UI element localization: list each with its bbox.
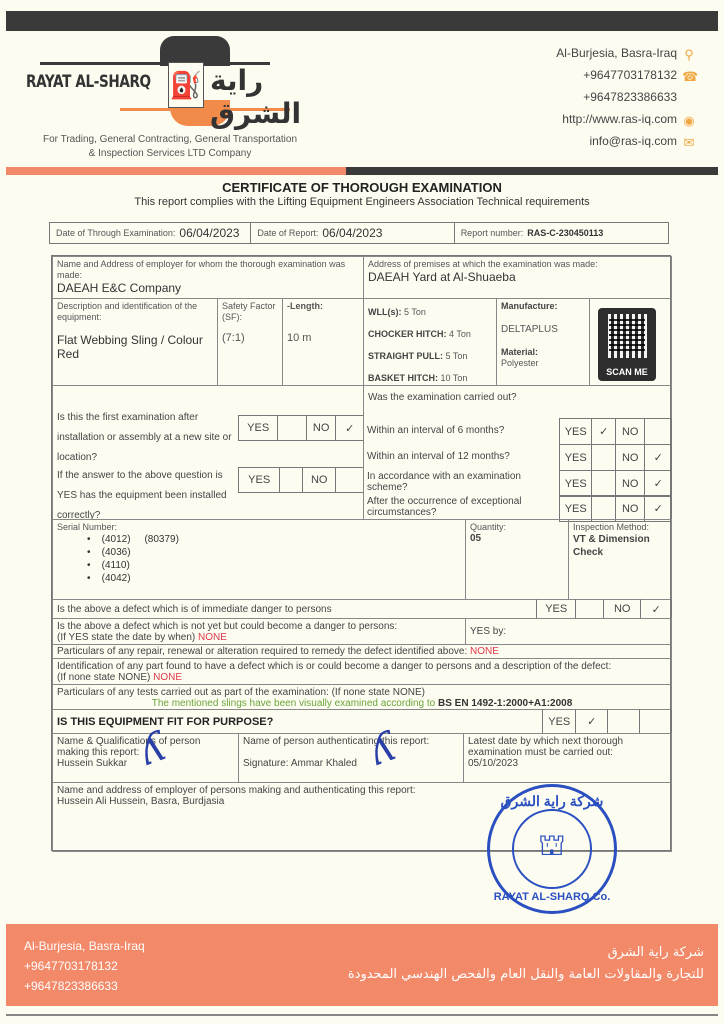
contact-phone-1: +9647703178132☎: [556, 64, 696, 86]
serial-number: (4110): [102, 560, 130, 571]
employer-cell: Name and Address of employer for whom th…: [52, 256, 364, 299]
installed-question: If the answer to the above question is Y…: [57, 466, 232, 526]
yes-checkbox[interactable]: ✓: [576, 709, 608, 734]
installed-yes-no: YES NO: [238, 467, 364, 493]
serial-item: • (4042): [87, 572, 461, 585]
equipment-description: Flat Webbing Sling / Colour Red: [57, 333, 213, 361]
label: -Length:: [287, 301, 359, 312]
contact-phone-2: +9647823386633.: [556, 86, 696, 108]
label: BASKET HITCH:: [368, 373, 438, 383]
yes-checkbox[interactable]: [592, 496, 616, 521]
yes-label: YES: [560, 496, 592, 521]
tests-value: The mentioned slings have been visually …: [152, 698, 436, 709]
yes-checkbox[interactable]: [576, 599, 604, 619]
tagline-line: For Trading, General Contracting, Genera…: [20, 133, 320, 147]
label: Safety Factor (SF):: [222, 301, 278, 323]
immediate-danger-yes-no: YES NO ✓: [536, 599, 672, 619]
interval-yes-no: YESNO✓: [559, 470, 672, 497]
label: Date of Report:: [257, 228, 318, 238]
report-date-cell: Date of Report:06/04/2023: [251, 223, 454, 243]
identification-cell: Identification of any part found to have…: [52, 658, 672, 685]
label: Name and Address of employer for whom th…: [57, 259, 359, 281]
no-label: NO: [604, 599, 641, 619]
logo-text-en: RAYAT AL-SHARQ: [26, 72, 151, 92]
stamp-text-ar: شركة راية الشرق: [490, 793, 614, 810]
safety-factor: (7:1): [222, 333, 278, 344]
safety-factor-cell: Safety Factor (SF): (7:1): [217, 298, 283, 386]
length-cell: -Length: 10 m: [282, 298, 364, 386]
fit-yes-no: YES ✓: [542, 709, 672, 734]
stamp-text-en: RAYAT AL-SHARQ Co.: [490, 891, 614, 903]
inspection-method: VT & Dimension Check: [573, 533, 667, 559]
report-number-cell: Report number:RAS-C-230450113: [455, 223, 668, 243]
manufacture-cell: Manufacture: DELTAPLUS Material: Polyest…: [496, 298, 590, 386]
label: Date of Through Examination:: [56, 228, 175, 238]
wll-value: 5 Ton: [404, 307, 426, 317]
yes-label: YES: [560, 471, 592, 496]
label: Address of premises at which the examina…: [368, 259, 667, 270]
footer-arabic-subtitle: للتجارة والمقاولات العامة والنقل العام و…: [348, 964, 704, 986]
website-link[interactable]: http://www.ras-iq.com: [562, 112, 677, 126]
no-checkbox[interactable]: ✓: [336, 416, 363, 440]
wll-cell: WLL(s): 5 Ton CHOCKER HITCH: 4 Ton STRAI…: [363, 298, 497, 386]
serial-number: (4036): [102, 547, 131, 558]
next-exam-cell: Latest date by which next thorough exami…: [463, 733, 672, 783]
company-stamp: شركة راية الشرق ⛫ RAYAT AL-SHARQ Co.: [487, 784, 617, 914]
choker-row: CHOCKER HITCH: 4 Ton: [368, 323, 492, 345]
yes-by-cell: YES by:: [465, 618, 672, 645]
no-label: NO: [616, 445, 645, 470]
repair-question: Particulars of any repair, renewal or al…: [57, 646, 467, 657]
future-danger-value: NONE: [198, 632, 227, 643]
label: WLL(s):: [368, 307, 402, 317]
serial-item: • (4036): [87, 546, 461, 559]
tests-standard: BS EN 1492-1:2000+A1:2008: [438, 698, 572, 709]
footer-band: Al-Burjesia, Basra-Iraq +9647703178132 +…: [6, 924, 718, 1006]
yes-label: YES: [560, 445, 592, 470]
repair-value: NONE: [470, 646, 499, 657]
interval-question: Within an interval of 6 months?: [363, 418, 563, 444]
email-link[interactable]: info@ras-iq.com: [589, 134, 677, 148]
company-tagline: For Trading, General Contracting, Genera…: [20, 133, 320, 161]
dates-row: Date of Through Examination:06/04/2023 D…: [49, 222, 669, 244]
no-checkbox[interactable]: ✓: [645, 445, 671, 470]
phone-icon: ☎: [682, 70, 696, 84]
stamp-oil-rig-icon: ⛫: [538, 829, 566, 867]
location-pin-icon: ⚲: [682, 48, 696, 62]
yes-checkbox[interactable]: [280, 468, 303, 492]
future-danger-cell: Is the above a defect which is not yet b…: [52, 618, 466, 645]
bottom-line: [6, 1014, 718, 1016]
identification-question: Identification of any part found to have…: [57, 661, 667, 672]
label: Latest date by which next thorough exami…: [468, 736, 667, 758]
label: CHOCKER HITCH:: [368, 329, 447, 339]
yes-label: YES: [239, 468, 280, 492]
contact-block: Al-Burjesia, Basra-Iraq⚲ +9647703178132☎…: [556, 42, 696, 152]
serial-extra: (80379): [144, 534, 178, 545]
employer-name: DAEAH E&C Company: [57, 281, 359, 295]
no-checkbox[interactable]: [645, 419, 671, 444]
yes-label: YES: [543, 709, 576, 734]
material-value: Polyester: [501, 358, 585, 369]
header-band-orange: [6, 167, 346, 175]
logo-text-ar: راية الشرق: [210, 64, 320, 130]
contact-website[interactable]: http://www.ras-iq.com◉: [556, 108, 696, 130]
premises-cell: Address of premises at which the examina…: [363, 256, 672, 299]
tests-cell: Particulars of any tests carried out as …: [52, 684, 672, 710]
premises-address: DAEAH Yard at Al-Shuaeba: [368, 270, 667, 284]
report-number: RAS-C-230450113: [527, 228, 603, 238]
first-exam-question: Is this the first examination after inst…: [57, 408, 232, 468]
interval-question: After the occurrence of exceptional circ…: [363, 495, 563, 521]
label: Serial Number:: [57, 522, 461, 533]
no-checkbox[interactable]: ✓: [641, 599, 671, 619]
exam-date: 06/04/2023: [179, 226, 239, 240]
label: Quantity:: [470, 522, 564, 533]
no-label: NO: [616, 496, 645, 521]
certificate-subtitle: This report complies with the Lifting Eq…: [0, 196, 724, 208]
top-bar: [6, 11, 718, 31]
contact-text: Al-Burjesia, Basra-Iraq: [556, 46, 677, 60]
contact-address: Al-Burjesia, Basra-Iraq⚲: [556, 42, 696, 64]
serial-list: • (4012) (80379)• (4036)• (4110)• (4042): [57, 533, 461, 585]
footer-arabic-title: شركة راية الشرق: [348, 942, 704, 964]
no-label: NO: [307, 416, 337, 440]
serial-item: • (4110): [87, 559, 461, 572]
footer-address: Al-Burjesia, Basra-Iraq: [24, 936, 145, 956]
basket-value: 10 Ton: [441, 373, 468, 383]
no-checkbox[interactable]: [640, 709, 672, 734]
future-danger-question: Is the above a defect which is not yet b…: [57, 621, 461, 632]
no-label-value: [608, 709, 640, 734]
no-checkbox[interactable]: [336, 468, 363, 492]
contact-text: +9647703178132: [583, 68, 677, 82]
label: STRAIGHT PULL:: [368, 351, 443, 361]
footer-contacts: Al-Burjesia, Basra-Iraq +9647703178132 +…: [24, 936, 145, 996]
yes-checkbox[interactable]: [592, 471, 616, 496]
contact-text: +9647823386633: [583, 90, 677, 104]
label: Report number:: [461, 228, 524, 238]
serial-number: (4042): [102, 573, 131, 584]
no-checkbox[interactable]: ✓: [645, 496, 671, 521]
repair-cell: Particulars of any repair, renewal or al…: [52, 644, 672, 659]
serial-item: • (4012) (80379): [87, 533, 461, 546]
wll-row: WLL(s): 5 Ton: [368, 301, 492, 323]
oil-rig-icon: ⛽: [168, 62, 204, 108]
yes-checkbox[interactable]: [278, 416, 307, 440]
choker-value: 4 Ton: [449, 329, 471, 339]
footer-phone: +9647703178132: [24, 956, 145, 976]
carried-out-label: Was the examination carried out?: [368, 392, 667, 403]
label: Manufacture:: [501, 301, 558, 311]
manufacture-value: DELTAPLUS: [501, 324, 585, 335]
footer-phone: +9647823386633: [24, 976, 145, 996]
footer-arabic: شركة راية الشرق للتجارة والمقاولات العام…: [348, 942, 704, 986]
label: Inspection Method:: [573, 522, 667, 533]
examination-form: Name and Address of employer for whom th…: [51, 255, 671, 851]
interval-yes-no: YES✓NO: [559, 418, 672, 445]
label: (If YES state the date by when): [57, 632, 195, 643]
qr-code-icon: [605, 314, 649, 358]
tests-question: Particulars of any tests carried out as …: [57, 687, 667, 698]
description-cell: Description and identification of the eq…: [52, 298, 218, 386]
scan-me-label: SCAN ME: [598, 367, 656, 377]
quantity-cell: Quantity: 05: [465, 519, 569, 600]
identification-value: NONE: [153, 672, 182, 683]
straight-value: 5 Ton: [446, 351, 468, 361]
serial-cell: Serial Number: • (4012) (80379)• (4036)•…: [52, 519, 466, 600]
interval-question: In accordance with an examination scheme…: [363, 470, 563, 496]
yes-label: YES: [537, 599, 576, 619]
interval-yes-no: YESNO✓: [559, 444, 672, 471]
interval-yes-no: YESNO✓: [559, 495, 672, 522]
interval-question: Within an interval of 12 months?: [363, 444, 563, 470]
first-exam-cell: Is this the first examination after inst…: [52, 385, 364, 520]
globe-icon: ◉: [682, 114, 696, 128]
company-logo: RAYAT AL-SHARQ ⛽ راية الشرق: [20, 36, 320, 136]
serial-number: (4012): [102, 534, 131, 545]
label: Description and identification of the eq…: [57, 301, 213, 323]
authenticator-name: Signature: Ammar Khaled: [243, 758, 459, 769]
contact-email[interactable]: info@ras-iq.com✉: [556, 130, 696, 152]
yes-label: YES: [560, 419, 592, 444]
first-exam-yes-no: YES NO ✓: [238, 415, 364, 441]
report-date: 06/04/2023: [322, 226, 382, 240]
email-icon: ✉: [682, 136, 696, 150]
label: Name & Qualifications of person making t…: [57, 736, 207, 758]
no-label: NO: [616, 471, 645, 496]
length-value: 10 m: [287, 333, 359, 344]
no-label: NO: [616, 419, 645, 444]
yes-by-label: YES by:: [470, 626, 506, 637]
tagline-line: & Inspection Services LTD Company: [20, 147, 320, 161]
authenticator-cell: Name of person authenticating this repor…: [238, 733, 464, 783]
inspection-method-cell: Inspection Method: VT & Dimension Check: [568, 519, 672, 600]
yes-label: YES: [239, 416, 278, 440]
yes-checkbox[interactable]: ✓: [592, 419, 616, 444]
straight-row: STRAIGHT PULL: 5 Ton: [368, 345, 492, 367]
header-band-dark: [346, 167, 718, 175]
label: Name of person authenticating this repor…: [243, 736, 459, 747]
exam-date-cell: Date of Through Examination:06/04/2023: [50, 223, 251, 243]
label: (If none state NONE): [57, 672, 150, 683]
qr-code[interactable]: SCAN ME: [598, 308, 656, 381]
no-label: NO: [303, 468, 336, 492]
yes-checkbox[interactable]: [592, 445, 616, 470]
quantity-value: 05: [470, 533, 564, 544]
label: Material:: [501, 347, 538, 357]
no-checkbox[interactable]: ✓: [645, 471, 671, 496]
certificate-title: CERTIFICATE OF THOROUGH EXAMINATION: [0, 180, 724, 195]
next-exam-date: 05/10/2023: [468, 758, 667, 769]
